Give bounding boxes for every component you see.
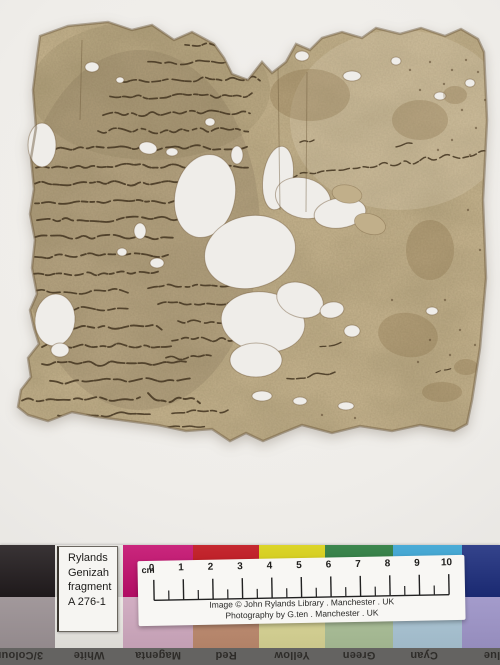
color-patch-3-colour-top — [0, 545, 55, 597]
color-patch-label: Magenta — [135, 649, 181, 661]
ruler-number: 8 — [385, 558, 391, 569]
shelfmark-line-2: Genizah — [68, 566, 117, 581]
ruler-card: cm 012345678910 Image © John Rylands Lib… — [137, 555, 465, 626]
ruler-number: 2 — [208, 562, 214, 573]
color-patch-label: Red — [215, 649, 236, 661]
manuscript-fragment — [0, 0, 500, 545]
ruler-number: 9 — [414, 558, 420, 569]
shelfmark-line-4: A 276-1 — [68, 595, 117, 610]
ruler-number: 10 — [441, 557, 452, 568]
color-patch-label: Yellow — [274, 649, 309, 661]
ruler-number: 0 — [149, 563, 155, 574]
ruler-number: 1 — [178, 562, 184, 573]
digitized-manuscript-photo: 3/ColourWhiteMagentaRedYellowGreenCyanBl… — [0, 0, 500, 665]
color-patch-label: Blue — [484, 649, 500, 661]
shelfmark-label: Rylands Genizah fragment A 276-1 — [57, 546, 118, 632]
ruler-number: 6 — [326, 559, 332, 570]
color-patch-label: 3/Colour — [0, 649, 43, 661]
color-patch-3-colour-bottom — [0, 597, 55, 648]
color-patch-label: Cyan — [410, 649, 438, 661]
color-patch-label: White — [74, 649, 105, 661]
color-patch-label: Green — [343, 649, 376, 661]
color-patch-blue-bottom — [462, 597, 500, 648]
ruler-number: 4 — [267, 561, 273, 572]
ruler-number: 5 — [296, 560, 302, 571]
shelfmark-line-1: Rylands — [68, 551, 117, 566]
ruler-number: 3 — [237, 561, 243, 572]
shelfmark-line-3: fragment — [68, 580, 117, 595]
color-patch-blue-top — [462, 545, 500, 597]
ruler-number: 7 — [355, 559, 361, 570]
color-bar-label-strip: 3/ColourWhiteMagentaRedYellowGreenCyanBl… — [0, 648, 500, 665]
